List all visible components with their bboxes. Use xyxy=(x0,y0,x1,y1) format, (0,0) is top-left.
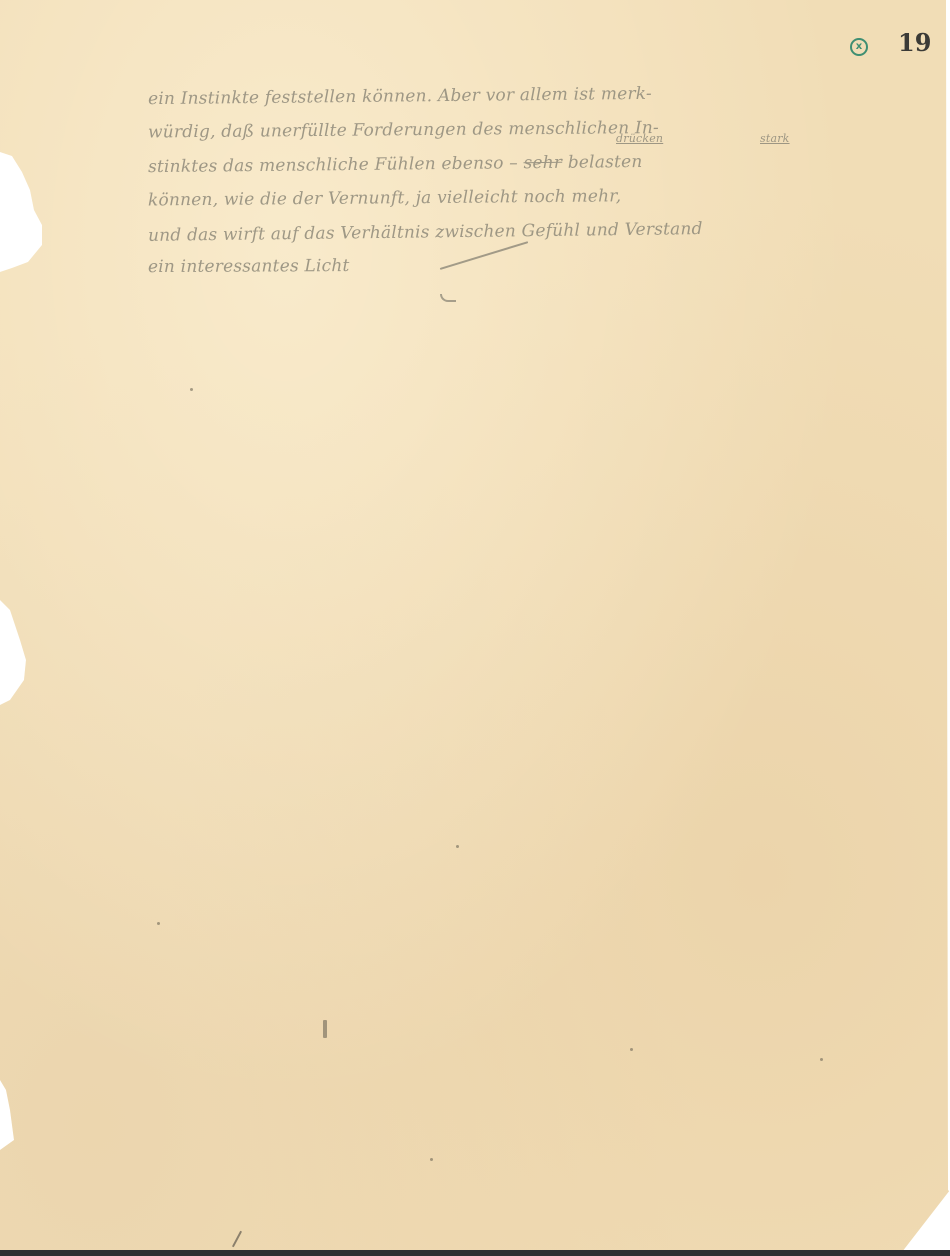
paper-speck xyxy=(456,845,459,848)
closing-stroke-hook xyxy=(440,294,456,302)
interlinear-insertion: drücken xyxy=(616,132,663,145)
paper-mark xyxy=(232,1231,242,1248)
text-line: ein interessantes Licht xyxy=(148,246,938,284)
paper-speck xyxy=(190,388,193,391)
paper-speck xyxy=(630,1048,633,1051)
paper-mark xyxy=(323,1020,327,1038)
struck-word: sehr xyxy=(523,153,562,173)
scan-edge xyxy=(0,1250,950,1256)
interlinear-insertion: stark xyxy=(760,132,790,145)
line-dash: – xyxy=(509,153,524,173)
paper-speck xyxy=(820,1058,823,1061)
page-number: 19 xyxy=(898,28,931,57)
paper-speck xyxy=(430,1158,433,1161)
manuscript-page: x 19 ein Instinkte feststellen können. A… xyxy=(0,0,950,1252)
paper-speck xyxy=(157,922,160,925)
line-segment: stinktes das menschliche Fühlen ebenso xyxy=(148,153,509,177)
handwritten-text: ein Instinkte feststellen können. Aber v… xyxy=(148,78,938,282)
line-segment-end: belasten xyxy=(562,152,643,173)
circled-stamp-icon: x xyxy=(850,38,868,56)
